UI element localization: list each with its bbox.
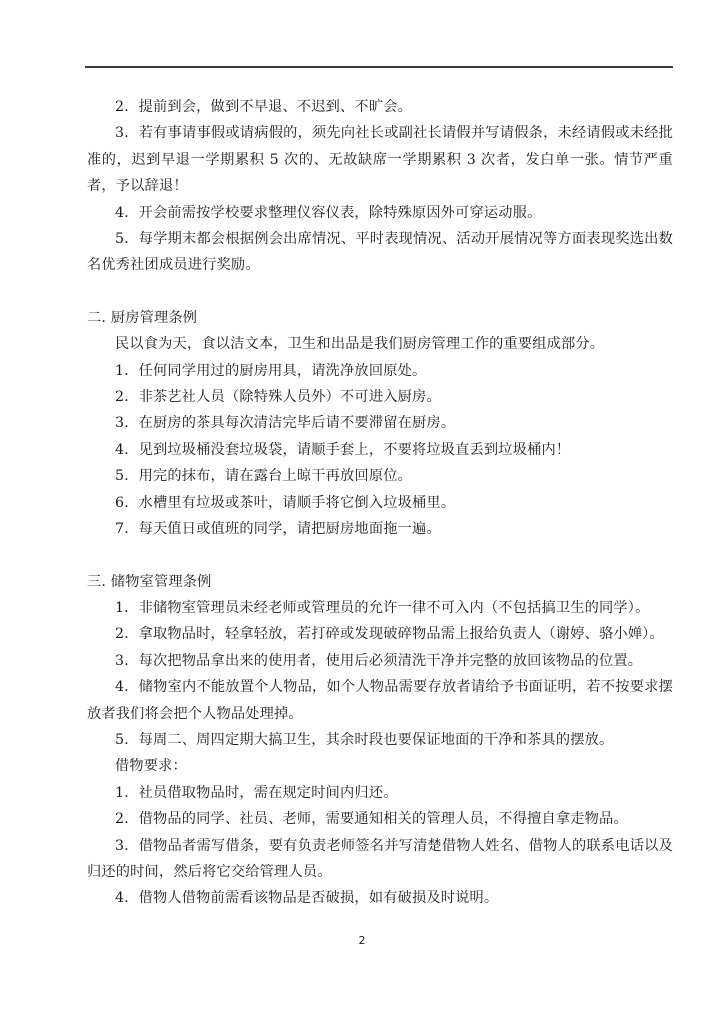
section-storage-room-rules: 三. 储物室管理条例 1．非储物室管理员未经老师或管理员的允许一律不可入内（不包…: [87, 569, 673, 912]
section-heading: 二. 厨房管理条例: [87, 305, 673, 331]
spacer: [87, 279, 673, 305]
header-rule: [85, 66, 673, 68]
borrow-rule-item: 3．借物品者需写借条，要有负责老师签名并写清楚借物人姓名、借物人的联系电话以及归…: [87, 833, 673, 886]
rule-item: 5．用完的抹布，请在露台上晾干再放回原位。: [87, 463, 673, 489]
document-body: 2．提前到会，做到不早退、不迟到、不旷会。 3．若有事请事假或请病假的，须先向社…: [87, 94, 673, 912]
page-number: 2: [0, 934, 724, 947]
section-heading: 三. 储物室管理条例: [87, 569, 673, 595]
borrow-rule-item: 4．借物人借物前需看该物品是否破损，如有破损及时说明。: [87, 885, 673, 911]
rule-item: 3．在厨房的茶具每次清洁完毕后请不要滞留在厨房。: [87, 410, 673, 436]
rule-item: 4．见到垃圾桶没套垃圾袋，请顺手套上，不要将垃圾直丢到垃圾桶内！: [87, 437, 673, 463]
rule-item: 1．非储物室管理员未经老师或管理员的允许一律不可入内（不包括搞卫生的同学）。: [87, 595, 673, 621]
subsection-heading: 借物要求：: [87, 753, 673, 779]
spacer: [87, 543, 673, 569]
rule-item: 2．提前到会，做到不早退、不迟到、不旷会。: [87, 94, 673, 120]
rule-item: 4．储物室内不能放置个人物品，如个人物品需要存放者请给予书面证明，若不按要求摆放…: [87, 674, 673, 727]
rule-item: 5．每学期末都会根据例会出席情况、平时表现情况、活动开展情况等方面表现奖选出数名…: [87, 226, 673, 279]
rule-item: 3．若有事请事假或请病假的，须先向社长或副社长请假并写请假条，未经请假或未经批准…: [87, 120, 673, 199]
rule-item: 4．开会前需按学校要求整理仪容仪表，除特殊原因外可穿运动服。: [87, 200, 673, 226]
rule-item: 1．任何同学用过的厨房用具，请洗净放回原处。: [87, 358, 673, 384]
rule-item: 2．非茶艺社人员（除特殊人员外）不可进入厨房。: [87, 384, 673, 410]
rule-item: 3．每次把物品拿出来的使用者，使用后必须清洗干净并完整的放回该物品的位置。: [87, 648, 673, 674]
rule-item: 2．拿取物品时，轻拿轻放，若打碎或发现破碎物品需上报给负责人（谢婷、骆小婵）。: [87, 621, 673, 647]
section-intro: 民以食为天，食以洁文本，卫生和出品是我们厨房管理工作的重要组成部分。: [87, 331, 673, 357]
borrow-rule-item: 1．社员借取物品时，需在规定时间内归还。: [87, 780, 673, 806]
borrow-rule-item: 2．借物品的同学、社员、老师，需要通知相关的管理人员，不得擅自拿走物品。: [87, 806, 673, 832]
section-membership-rules-continued: 2．提前到会，做到不早退、不迟到、不旷会。 3．若有事请事假或请病假的，须先向社…: [87, 94, 673, 279]
rule-item: 7．每天值日或值班的同学，请把厨房地面拖一遍。: [87, 516, 673, 542]
rule-item: 5．每周二、周四定期大搞卫生，其余时段也要保证地面的干净和茶具的摆放。: [87, 727, 673, 753]
rule-item: 6．水槽里有垃圾或茶叶，请顺手将它倒入垃圾桶里。: [87, 490, 673, 516]
section-kitchen-rules: 二. 厨房管理条例 民以食为天，食以洁文本，卫生和出品是我们厨房管理工作的重要组…: [87, 305, 673, 543]
